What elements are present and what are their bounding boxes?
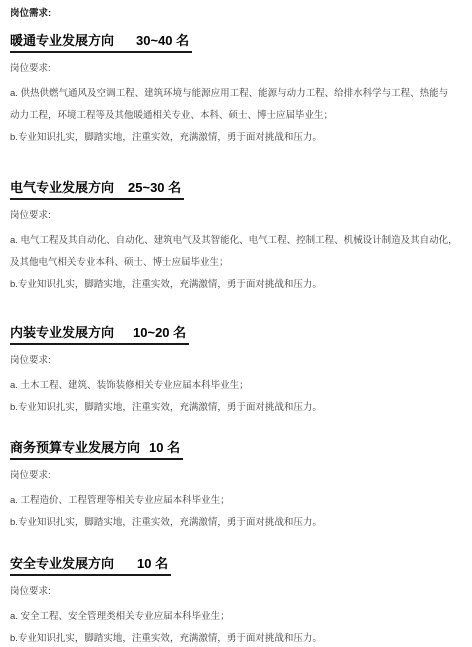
section-title: 暖通专业发展方向	[10, 33, 114, 48]
job-section-interior: 内装专业发展方向10~20 名 岗位要求: a. 土木工程、建筑、装饰装修相关专…	[10, 325, 464, 419]
job-section-safety: 安全专业发展方向10 名 岗位要求: a. 安全工程、安全管理类相关专业应届本科…	[10, 556, 464, 647]
section-heading: 商务预算专业发展方向10 名	[10, 440, 464, 460]
section-headcount: 30~40 名	[136, 33, 189, 48]
section-heading: 电气专业发展方向25~30 名	[10, 180, 464, 200]
heading-underline: 电气专业发展方向25~30 名	[10, 180, 184, 200]
job-section-electrical: 电气专业发展方向25~30 名 岗位要求: a. 电气工程及其自动化、自动化、建…	[10, 180, 464, 296]
section-heading: 内装专业发展方向10~20 名	[10, 325, 464, 345]
requirement-b: b.专业知识扎实，脚踏实地，注重实效，充满激情，勇于面对挑战和压力。	[10, 127, 464, 149]
heading-gap	[114, 336, 133, 337]
requirement-a: a. 工程造价、工程管理等相关专业应届本科毕业生；	[10, 490, 464, 512]
requirement-a: a. 电气工程及其自动化、自动化、建筑电气及其智能化、电气工程、控制工程、机械设…	[10, 230, 464, 274]
heading-underline: 安全专业发展方向10 名	[10, 556, 171, 576]
job-section-hvac: 暖通专业发展方向30~40 名 岗位要求: a. 供热供燃气通风及空调工程、建筑…	[10, 33, 464, 149]
section-title: 商务预算专业发展方向	[10, 440, 140, 455]
requirement-b: b.专业知识扎实，脚踏实地，注重实效，充满激情，勇于面对挑战和压力。	[10, 512, 464, 534]
section-title: 安全专业发展方向	[10, 556, 114, 571]
requirements-label: 岗位要求:	[10, 63, 464, 75]
heading-gap	[114, 567, 137, 568]
heading-underline: 内装专业发展方向10~20 名	[10, 325, 189, 345]
section-title: 电气专业发展方向	[10, 180, 114, 195]
section-headcount: 25~30 名	[128, 180, 181, 195]
requirement-b: b.专业知识扎实，脚踏实地，注重实效，充满激情，勇于面对挑战和压力。	[10, 397, 464, 419]
page-title: 岗位需求:	[10, 8, 464, 20]
heading-underline: 商务预算专业发展方向10 名	[10, 440, 183, 460]
heading-underline: 暖通专业发展方向30~40 名	[10, 33, 192, 53]
heading-gap	[114, 44, 136, 45]
section-heading: 暖通专业发展方向30~40 名	[10, 33, 464, 53]
section-headcount: 10~20 名	[133, 325, 186, 340]
section-headcount: 10 名	[149, 440, 180, 455]
requirement-a: a. 土木工程、建筑、装饰装修相关专业应届本科毕业生；	[10, 375, 464, 397]
requirement-a: a. 安全工程、安全管理类相关专业应届本科毕业生；	[10, 606, 464, 628]
requirement-a: a. 供热供燃气通风及空调工程、建筑环境与能源应用工程、能源与动力工程、给排水科…	[10, 83, 464, 127]
heading-gap	[114, 191, 128, 192]
section-heading: 安全专业发展方向10 名	[10, 556, 464, 576]
requirements-label: 岗位要求:	[10, 470, 464, 482]
requirement-b: b.专业知识扎实，脚踏实地，注重实效，充满激情，勇于面对挑战和压力。	[10, 628, 464, 647]
requirements-label: 岗位要求:	[10, 355, 464, 367]
requirements-label: 岗位要求:	[10, 586, 464, 598]
section-headcount: 10 名	[137, 556, 168, 571]
heading-gap	[140, 451, 149, 452]
section-title: 内装专业发展方向	[10, 325, 114, 340]
job-section-commercial-budget: 商务预算专业发展方向10 名 岗位要求: a. 工程造价、工程管理等相关专业应届…	[10, 440, 464, 534]
document-page: 岗位需求: 暖通专业发展方向30~40 名 岗位要求: a. 供热供燃气通风及空…	[10, 8, 464, 647]
requirements-label: 岗位要求:	[10, 210, 464, 222]
requirement-b: b.专业知识扎实，脚踏实地，注重实效，充满激情，勇于面对挑战和压力。	[10, 274, 464, 296]
